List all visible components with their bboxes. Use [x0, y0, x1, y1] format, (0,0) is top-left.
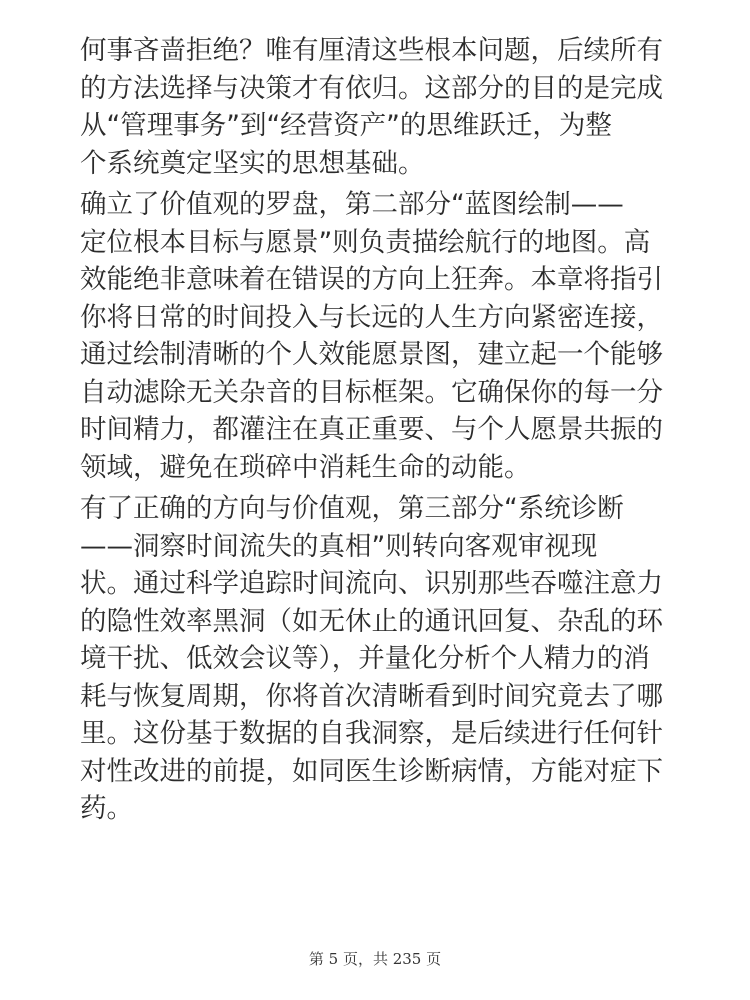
text-line: 效能绝非意味着在错误的方向上狂奔。本章将指引: [80, 261, 680, 299]
text-line: 通过绘制清晰的个人效能愿景图，建立起一个能够: [80, 336, 680, 374]
text-line: 领域，避免在琐碎中消耗生命的动能。: [80, 449, 680, 487]
page-number-footer: 第 5 页，共 235 页: [0, 948, 750, 969]
text-line: 时间精力，都灌注在真正重要、与个人愿景共振的: [80, 411, 680, 449]
paragraph-3: 有了正确的方向与价值观，第三部分“系统诊断 ——洞察时间流失的真相”则转向客观审…: [80, 490, 680, 828]
document-body: 何事吝啬拒绝？唯有厘清这些根本问题，后续所有 的方法选择与决策才有依归。这部分的…: [80, 32, 680, 832]
text-line: 定位根本目标与愿景”则负责描绘航行的地图。高: [80, 224, 680, 262]
text-line: 的隐性效率黑洞（如无休止的通讯回复、杂乱的环: [80, 603, 680, 641]
text-line: 药。: [80, 790, 680, 828]
paragraph-1: 何事吝啬拒绝？唯有厘清这些根本问题，后续所有 的方法选择与决策才有依归。这部分的…: [80, 32, 680, 182]
text-line: 的方法选择与决策才有依归。这部分的目的是完成: [80, 70, 680, 108]
text-line: 从“管理事务”到“经营资产”的思维跃迁，为整: [80, 107, 680, 145]
text-line: 何事吝啬拒绝？唯有厘清这些根本问题，后续所有: [80, 32, 680, 70]
text-line: 你将日常的时间投入与长远的人生方向紧密连接，: [80, 299, 680, 337]
text-line: 对性改进的前提，如同医生诊断病情，方能对症下: [80, 753, 680, 791]
text-line: 耗与恢复周期，你将首次清晰看到时间究竟去了哪: [80, 678, 680, 716]
text-line: ——洞察时间流失的真相”则转向客观审视现: [80, 528, 680, 566]
text-line: 自动滤除无关杂音的目标框架。它确保你的每一分: [80, 374, 680, 412]
text-line: 有了正确的方向与价值观，第三部分“系统诊断: [80, 490, 680, 528]
text-line: 状。通过科学追踪时间流向、识别那些吞噬注意力: [80, 565, 680, 603]
text-line: 境干扰、低效会议等），并量化分析个人精力的消: [80, 640, 680, 678]
text-line: 确立了价值观的罗盘，第二部分“蓝图绘制——: [80, 186, 680, 224]
paragraph-2: 确立了价值观的罗盘，第二部分“蓝图绘制—— 定位根本目标与愿景”则负责描绘航行的…: [80, 186, 680, 486]
text-line: 里。这份基于数据的自我洞察，是后续进行任何针: [80, 715, 680, 753]
text-line: 个系统奠定坚实的思想基础。: [80, 145, 680, 183]
